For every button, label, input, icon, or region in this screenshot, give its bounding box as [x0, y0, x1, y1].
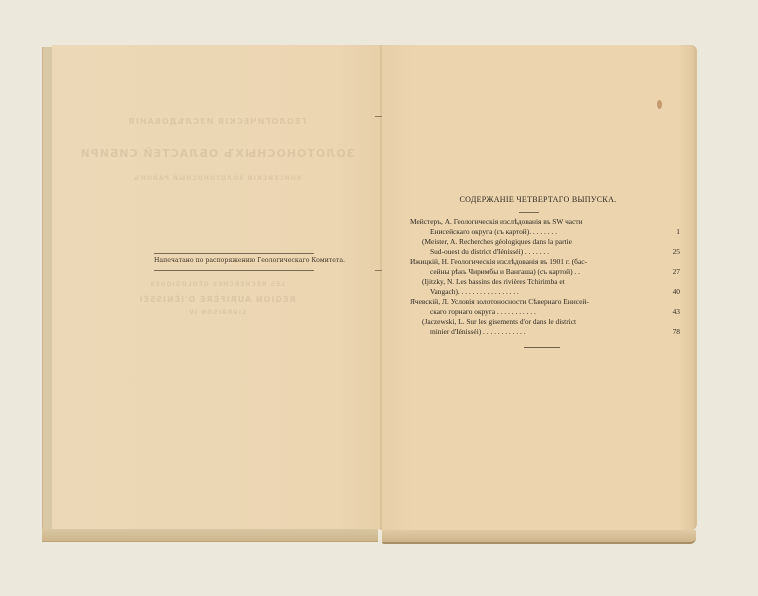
toc-entry: Мейстеръ, А. Геологическія изслѣдованія … [410, 217, 680, 257]
toc-line: Vangach). . . . . . . . . . . . . . . . … [410, 287, 680, 297]
showthrough-text: ГЕОЛОГИЧЕСКІЯ ИЗСЛѢДОВАНІЯ [52, 117, 382, 126]
showthrough-text: LIVRAISON IV [52, 309, 382, 316]
toc-line: Sud-ouest du district d'Iénisséi) . . . … [410, 247, 680, 257]
right-page: СОДЕРЖАНІЕ ЧЕТВЕРТАГО ВЫПУСКА. Мейстеръ,… [382, 45, 697, 530]
title-rule [519, 212, 539, 213]
toc-line: Енисейскаго округа (съ картой). . . . . … [410, 227, 680, 237]
page-number: 1 [676, 227, 680, 237]
page-number: 27 [673, 267, 680, 277]
showthrough-text: RÉGION AURIFÈRE D'IÉNISSÉI [52, 295, 382, 304]
rule [154, 270, 314, 271]
page-number: 25 [673, 247, 680, 257]
page-number: 40 [673, 287, 680, 297]
left-page: ГЕОЛОГИЧЕСКІЯ ИЗСЛѢДОВАНІЯ ЗОЛОТОНОСНЫХЪ… [52, 45, 382, 529]
imprint-text: Напечатано по распоряжению Геологическаг… [154, 257, 314, 264]
toc-line: (Ijitzky, N. Les bassins des rivières Tc… [410, 277, 680, 287]
showthrough-text: ЕНИСЕЙСКІЙ ЗОЛОТОНОСНЫЙ РАЙОНЪ [52, 175, 382, 182]
showthrough-text: LES RECHERCHES GÉOLOGIQUES [52, 281, 382, 288]
showthrough-text: ЗОЛОТОНОСНЫХЪ ОБЛАСТЕЙ СИБИРИ [52, 147, 382, 160]
end-rule [524, 347, 560, 348]
toc-entry: Ячевскій, Л. Условія золотоносности Сѣве… [410, 297, 680, 337]
page-number: 78 [673, 327, 680, 337]
toc-line: (Jaczewski, L. Sur les gisements d'or da… [410, 317, 680, 327]
toc-line: minier d'Iénisséi) . . . . . . . . . . .… [410, 327, 680, 337]
toc-line: сейны рѣкъ Чиримбы и Вангаша) (съ картой… [410, 267, 680, 277]
page-number: 43 [673, 307, 680, 317]
toc-line: Ижицкій, Н. Геологическія изслѣдованія в… [410, 257, 680, 267]
page-stack-edge-left [42, 529, 378, 542]
toc-entry: Ижицкій, Н. Геологическія изслѣдованія в… [410, 257, 680, 297]
table-of-contents: Мейстеръ, А. Геологическія изслѣдованія … [410, 217, 680, 337]
toc-line: скаго горнаго округа . . . . . . . . . .… [410, 307, 680, 317]
paper-stain [657, 100, 662, 109]
toc-line: Мейстеръ, А. Геологическія изслѣдованія … [410, 217, 680, 227]
toc-title: СОДЕРЖАНІЕ ЧЕТВЕРТАГО ВЫПУСКА. [382, 195, 694, 204]
page-stack-edge-right [382, 530, 696, 544]
rule [154, 253, 314, 254]
toc-line: (Meister, A. Recherches géologiques dans… [410, 237, 680, 247]
open-book: ГЕОЛОГИЧЕСКІЯ ИЗСЛѢДОВАНІЯ ЗОЛОТОНОСНЫХЪ… [42, 45, 698, 550]
toc-line: Ячевскій, Л. Условія золотоносности Сѣве… [410, 297, 680, 307]
